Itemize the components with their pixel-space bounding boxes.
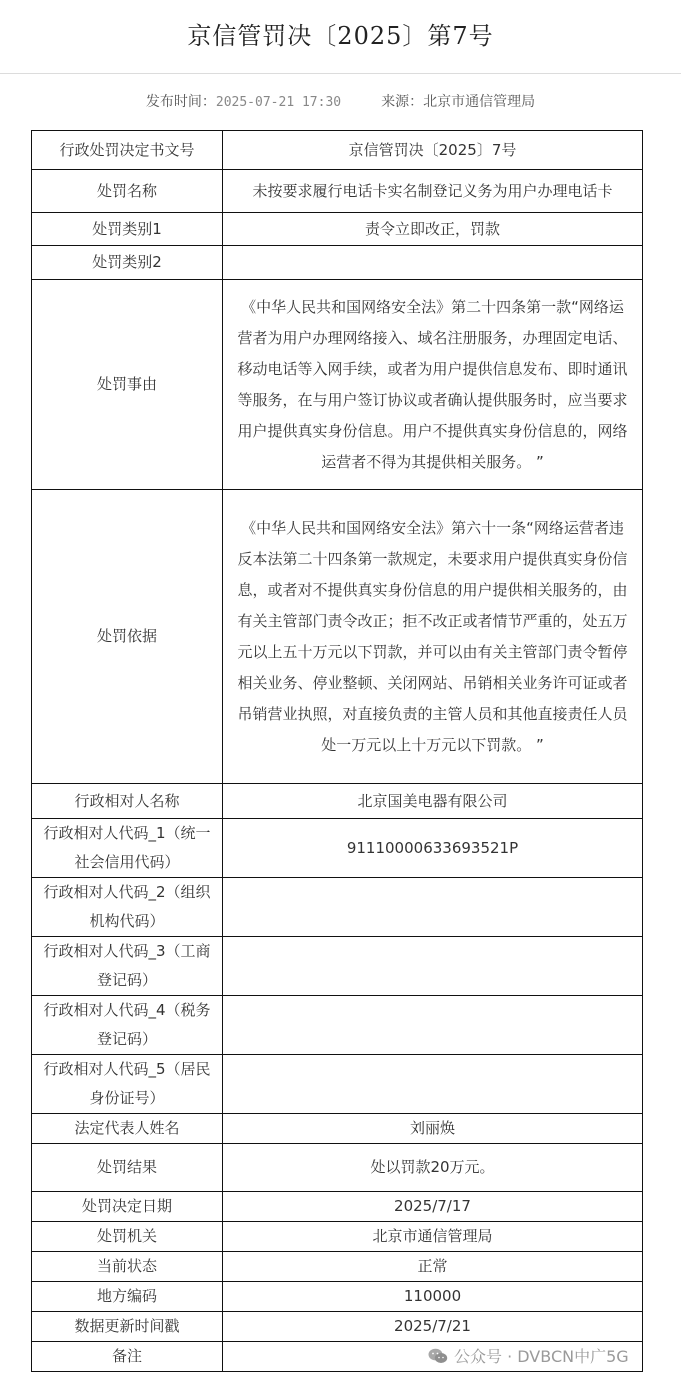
publish-time: 2025-07-21 17:30 (216, 95, 341, 110)
publish-time-label: 发布时间： (146, 94, 216, 110)
table-row: 行政相对人代码_2（组织机构代码） (32, 878, 643, 937)
watermark-text: 公众号 · DVBCN中广5G (454, 1347, 629, 1366)
field-value: 责令立即改正，罚款 (223, 213, 643, 246)
field-label: 行政相对人代码_1（统一社会信用代码） (32, 819, 223, 878)
penalty-record-table: 行政处罚决定书文号京信管罚决〔2025〕7号处罚名称未按要求履行电话卡实名制登记… (31, 130, 643, 1372)
field-label: 当前状态 (32, 1252, 223, 1282)
field-label: 处罚决定日期 (32, 1192, 223, 1222)
field-label: 行政相对人代码_2（组织机构代码） (32, 878, 223, 937)
table-row: 行政相对人代码_3（工商登记码） (32, 937, 643, 996)
source-value: 北京市通信管理局 (423, 94, 535, 110)
field-label: 备注 (32, 1342, 223, 1372)
field-label: 处罚结果 (32, 1144, 223, 1192)
field-label: 行政相对人代码_5（居民身份证号） (32, 1055, 223, 1114)
field-value: 京信管罚决〔2025〕7号 (223, 131, 643, 170)
page-title: 京信管罚决〔2025〕第7号 (0, 14, 681, 58)
field-value: 北京市通信管理局 (223, 1222, 643, 1252)
table-row: 行政相对人代码_5（居民身份证号） (32, 1055, 643, 1114)
field-label: 处罚名称 (32, 170, 223, 213)
field-value (223, 246, 643, 280)
publish-meta: 发布时间：2025-07-21 17:30来源：北京市通信管理局 (0, 91, 681, 113)
table-row: 处罚结果处以罚款20万元。 (32, 1144, 643, 1192)
table-row: 数据更新时间戳2025/7/21 (32, 1312, 643, 1342)
table-row: 处罚机关北京市通信管理局 (32, 1222, 643, 1252)
field-value: 正常 (223, 1252, 643, 1282)
field-label: 法定代表人姓名 (32, 1114, 223, 1144)
table-row: 行政相对人代码_1（统一社会信用代码）91110000633693521P (32, 819, 643, 878)
table-row: 处罚决定日期2025/7/17 (32, 1192, 643, 1222)
table-row: 当前状态正常 (32, 1252, 643, 1282)
field-value: 未按要求履行电话卡实名制登记义务为用户办理电话卡 (223, 170, 643, 213)
field-value: 2025/7/21 (223, 1312, 643, 1342)
title-divider (0, 73, 681, 74)
field-label: 行政相对人名称 (32, 784, 223, 819)
source-label: 来源： (381, 94, 423, 110)
field-value (223, 937, 643, 996)
field-label: 行政处罚决定书文号 (32, 131, 223, 170)
field-value (223, 996, 643, 1055)
field-value: 91110000633693521P (223, 819, 643, 878)
field-label: 处罚类别1 (32, 213, 223, 246)
table-row: 处罚类别2 (32, 246, 643, 280)
field-value: 《中华人民共和国网络安全法》第二十四条第一款“网络运营者为用户办理网络接入、域名… (223, 280, 643, 490)
field-value (223, 878, 643, 937)
field-label: 处罚事由 (32, 280, 223, 490)
table-row: 处罚名称未按要求履行电话卡实名制登记义务为用户办理电话卡 (32, 170, 643, 213)
field-label: 地方编码 (32, 1282, 223, 1312)
field-label: 数据更新时间戳 (32, 1312, 223, 1342)
table-row: 处罚依据《中华人民共和国网络安全法》第六十一条“网络运营者违反本法第二十四条第一… (32, 490, 643, 784)
field-value: 110000 (223, 1282, 643, 1312)
field-label: 行政相对人代码_4（税务登记码） (32, 996, 223, 1055)
field-value: 刘丽焕 (223, 1114, 643, 1144)
table-row: 法定代表人姓名刘丽焕 (32, 1114, 643, 1144)
field-label: 处罚机关 (32, 1222, 223, 1252)
table-row: 地方编码110000 (32, 1282, 643, 1312)
field-value (223, 1055, 643, 1114)
table-row: 处罚类别1责令立即改正，罚款 (32, 213, 643, 246)
field-label: 处罚类别2 (32, 246, 223, 280)
table-row: 行政相对人名称北京国美电器有限公司 (32, 784, 643, 819)
table-row: 行政相对人代码_4（税务登记码） (32, 996, 643, 1055)
field-label: 处罚依据 (32, 490, 223, 784)
wechat-icon (428, 1345, 448, 1361)
field-value: 2025/7/17 (223, 1192, 643, 1222)
field-label: 行政相对人代码_3（工商登记码） (32, 937, 223, 996)
table-row: 行政处罚决定书文号京信管罚决〔2025〕7号 (32, 131, 643, 170)
field-value: 北京国美电器有限公司 (223, 784, 643, 819)
field-value: 《中华人民共和国网络安全法》第六十一条“网络运营者违反本法第二十四条第一款规定，… (223, 490, 643, 784)
watermark: 公众号 · DVBCN中广5G (428, 1343, 629, 1371)
table-row: 处罚事由《中华人民共和国网络安全法》第二十四条第一款“网络运营者为用户办理网络接… (32, 280, 643, 490)
field-value: 处以罚款20万元。 (223, 1144, 643, 1192)
